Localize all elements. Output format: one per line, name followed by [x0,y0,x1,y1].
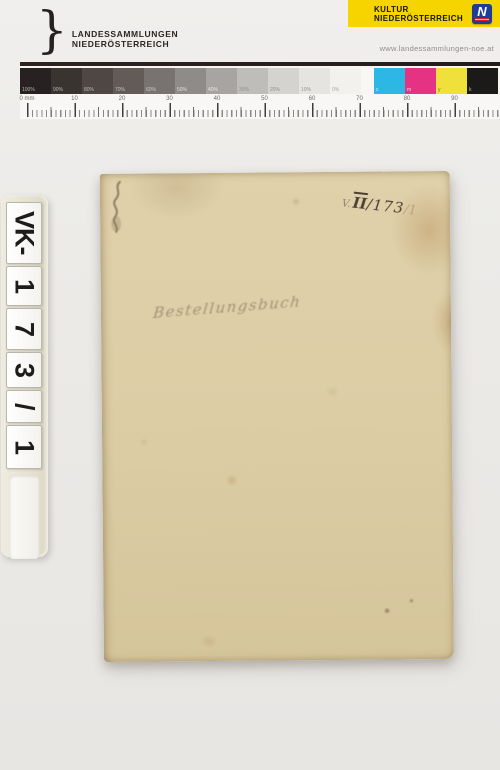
kultur-line2: NIEDERÖSTERREICH [374,14,463,23]
landessammlungen-logo: } LANDESSAMMLUNGEN NIEDERÖSTERREICH [36,8,178,52]
grayscale-patch-label: 40% [208,87,218,93]
inventory-label-tile: VK- [6,202,42,264]
corner-inventory-inscription: V.II/173/1 [341,191,418,218]
grayscale-patch: 0% [330,68,361,94]
cmyk-patch-label: c [376,87,379,93]
landessammlungen-line1: LANDESSAMMLUNGEN [72,29,178,39]
grayscale-patch-label: 20% [270,87,280,93]
landessammlungen-line2: NIEDERÖSTERREICH [72,39,169,49]
grayscale-patch: 30% [237,68,268,94]
ruler-label: 0 mm [20,96,35,102]
calibration-top-bar [20,62,500,66]
grayscale-patch-label: 10% [301,87,311,93]
ruler-label: 70 [356,96,363,102]
ruler: 0 mm 10 20 30 40 50 60 70 80 90 [20,94,500,119]
ruler-label: 50 [261,96,268,102]
ink-smudge [106,180,137,242]
kultur-noe-logo: KULTUR NIEDERÖSTERREICH N [348,0,500,27]
grayscale-patch-label: 80% [84,87,94,93]
kultur-noe-logo-text: KULTUR NIEDERÖSTERREICH [374,5,472,23]
inventory-label-tile: 1 [6,425,42,469]
ruler-label: 30 [166,96,173,102]
ruler-label: 90 [451,96,458,102]
inventory-label-empty-slot [9,475,39,559]
grayscale-patch-label: 60% [146,87,156,93]
grayscale-patch: 40% [206,68,237,94]
inventory-label-char: 1 [11,440,38,454]
inventory-label: VK- 1 7 3 / 1 [1,195,48,557]
inscription-check: V. [341,198,351,210]
grayscale-patch: 80% [82,68,113,94]
landessammlungen-logo-text: LANDESSAMMLUNGEN NIEDERÖSTERREICH [72,29,178,49]
cmyk-patch: c [374,68,405,94]
inventory-label-char: 1 [11,279,38,293]
ruler-label: 60 [309,96,316,102]
ruler-label: 40 [214,96,221,102]
cmyk-patch: m [405,68,436,94]
inventory-label-char: 3 [11,363,38,377]
noe-n-letter: N [477,5,486,18]
ruler-label: 80 [404,96,411,102]
inventory-label-char: 7 [11,322,38,336]
ruler-label: 10 [71,96,78,102]
grayscale-patch-label: 50% [177,87,187,93]
patch-gap [361,68,374,94]
grayscale-patch: 60% [144,68,175,94]
booklet-cover: V.II/173/1 Bestellungsbuch [100,171,454,662]
inventory-label-char: / [11,403,38,410]
ruler-major-ticks [27,103,500,117]
grayscale-patch-label: 0% [332,87,339,93]
noe-flag-icon [475,18,489,22]
calibration-card: 100% 90% 80% 70% 60% 50% 40% [20,62,500,119]
grayscale-patch-label: 30% [239,87,249,93]
inventory-label-tile: / [6,390,42,423]
inventory-label-char: VK- [11,211,38,255]
grayscale-patch: 100% [20,68,51,94]
color-calibration-bar: 100% 90% 80% 70% 60% 50% 40% [20,68,500,94]
inscription-number: /173 [366,195,405,217]
inventory-label-tile: 1 [6,266,42,306]
inventory-label-tile: 7 [6,308,42,350]
handwritten-title: Bestellungsbuch [152,289,343,322]
inventory-label-tile: 3 [6,352,42,388]
inscription-suffix: /1 [403,202,417,218]
cmyk-patch-label: k [469,87,472,93]
website-url: www.landessammlungen-noe.at [380,44,494,53]
grayscale-patch: 70% [113,68,144,94]
cmyk-patch: k [467,68,498,94]
grayscale-patch: 90% [51,68,82,94]
cmyk-patch: y [436,68,467,94]
brace-glyph: } [36,8,68,52]
grayscale-patch: 50% [175,68,206,94]
grayscale-patch-label: 70% [115,87,125,93]
grayscale-patch: 20% [268,68,299,94]
ruler-label: 20 [119,96,126,102]
noe-n-emblem: N [472,4,492,24]
cmyk-patch-label: y [438,87,441,93]
grayscale-patch-label: 100% [22,87,35,93]
grayscale-patch: 10% [299,68,330,94]
kultur-line1: KULTUR [374,5,409,14]
grayscale-patch-label: 90% [53,87,63,93]
cmyk-patch-label: m [407,87,411,93]
